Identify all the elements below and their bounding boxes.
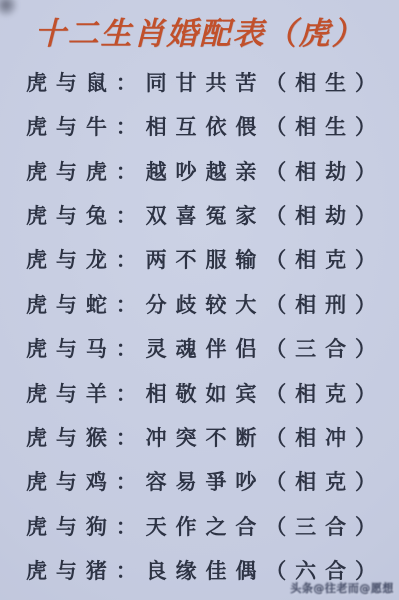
char: 分 <box>146 293 167 317</box>
char: ： <box>116 115 137 139</box>
char: （ <box>265 293 286 317</box>
compat-row: 虎与兔：双喜冤家（相劫） <box>26 204 376 228</box>
char: 爭 <box>205 470 226 494</box>
char: （ <box>265 515 286 539</box>
char: ： <box>116 293 137 317</box>
char: 克 <box>325 382 346 406</box>
char: 三 <box>295 515 316 539</box>
char: 龙 <box>86 248 107 272</box>
char: 如 <box>205 382 226 406</box>
char: 猪 <box>86 559 107 583</box>
compat-row: 虎与虎：越吵越亲（相劫） <box>26 160 376 184</box>
char: 合 <box>235 515 256 539</box>
compat-row: 虎与鸡：容易爭吵（相克） <box>26 470 376 494</box>
char: ： <box>116 248 137 272</box>
char: 虎 <box>26 160 47 184</box>
char: 劫 <box>325 160 346 184</box>
char: 生 <box>325 71 346 95</box>
char: ） <box>355 71 376 95</box>
char: 输 <box>235 248 256 272</box>
char: 互 <box>176 115 197 139</box>
char: 相 <box>146 115 167 139</box>
char: （ <box>265 204 286 228</box>
char: ） <box>355 426 376 450</box>
char: 克 <box>325 248 346 272</box>
char: ） <box>355 337 376 361</box>
char: 三 <box>295 337 316 361</box>
char: 冤 <box>205 204 226 228</box>
char: 与 <box>56 470 77 494</box>
char: ） <box>355 160 376 184</box>
char: ： <box>116 426 137 450</box>
char: 牛 <box>86 115 107 139</box>
watermark: 头条@往老而@愿想 <box>291 580 395 596</box>
char: （ <box>265 382 286 406</box>
char: 与 <box>56 559 77 583</box>
page-title: 十二生肖婚配表（虎） <box>0 14 399 54</box>
char: 羊 <box>86 382 107 406</box>
char: 冲 <box>146 426 167 450</box>
char: 家 <box>235 204 256 228</box>
char: （ <box>265 559 286 583</box>
char: 与 <box>56 515 77 539</box>
char: 虎 <box>26 515 47 539</box>
char: 与 <box>56 115 77 139</box>
char: 劫 <box>325 204 346 228</box>
char: 鸡 <box>86 470 107 494</box>
char: 大 <box>235 293 256 317</box>
char: 虎 <box>26 337 47 361</box>
char: 亲 <box>235 160 256 184</box>
char: ） <box>355 204 376 228</box>
char: 越 <box>146 160 167 184</box>
char: 与 <box>56 160 77 184</box>
char: ： <box>116 559 137 583</box>
compat-table: 虎与鼠：同甘共苦（相生）虎与牛：相互依偎（相生）虎与虎：越吵越亲（相劫）虎与兔：… <box>26 71 376 583</box>
char: ） <box>355 293 376 317</box>
char: ： <box>116 204 137 228</box>
char: 虎 <box>26 115 47 139</box>
char: ： <box>116 382 137 406</box>
char: 相 <box>295 293 316 317</box>
char: 共 <box>205 71 226 95</box>
compat-row: 虎与龙：两不服输（相克） <box>26 248 376 272</box>
char: （ <box>265 71 286 95</box>
char: 敬 <box>176 382 197 406</box>
char: 虎 <box>26 426 47 450</box>
char: 与 <box>56 382 77 406</box>
char: 相 <box>295 426 316 450</box>
compat-row: 虎与猴：冲突不断（相冲） <box>26 426 376 450</box>
char: 甘 <box>176 71 197 95</box>
char: 虎 <box>26 382 47 406</box>
char: 侣 <box>235 337 256 361</box>
char: 虎 <box>26 204 47 228</box>
char: ： <box>116 470 137 494</box>
char: 合 <box>325 337 346 361</box>
char: 突 <box>176 426 197 450</box>
compat-row: 虎与鼠：同甘共苦（相生） <box>26 71 376 95</box>
char: ） <box>355 248 376 272</box>
char: 与 <box>56 426 77 450</box>
char: 相 <box>295 204 316 228</box>
char: 鼠 <box>86 71 107 95</box>
char: 苦 <box>235 71 256 95</box>
compat-row: 虎与牛：相互依偎（相生） <box>26 115 376 139</box>
char: 越 <box>205 160 226 184</box>
char: （ <box>265 337 286 361</box>
char: ： <box>116 337 137 361</box>
char: 伴 <box>205 337 226 361</box>
char: 与 <box>56 204 77 228</box>
compat-row: 虎与蛇：分歧较大（相刑） <box>26 293 376 317</box>
char: 虎 <box>26 71 47 95</box>
char: 吵 <box>235 470 256 494</box>
char: ） <box>355 382 376 406</box>
char: 虎 <box>86 160 107 184</box>
char: 相 <box>146 382 167 406</box>
char: 与 <box>56 71 77 95</box>
char: 作 <box>176 515 197 539</box>
char: 易 <box>176 470 197 494</box>
compat-row: 虎与狗：天作之合（三合） <box>26 515 376 539</box>
compat-row: 虎与马：灵魂伴侣（三合） <box>26 337 376 361</box>
char: 相 <box>295 160 316 184</box>
char: ： <box>116 71 137 95</box>
char: 佳 <box>205 559 226 583</box>
char: 相 <box>295 470 316 494</box>
char: 灵 <box>146 337 167 361</box>
char: 歧 <box>176 293 197 317</box>
char: 蛇 <box>86 293 107 317</box>
char: 刑 <box>325 293 346 317</box>
compat-row: 虎与羊：相敬如宾（相克） <box>26 382 376 406</box>
char: （ <box>265 115 286 139</box>
char: 断 <box>235 426 256 450</box>
char: 生 <box>325 115 346 139</box>
char: 吵 <box>176 160 197 184</box>
char: 偎 <box>235 115 256 139</box>
char: 相 <box>295 248 316 272</box>
char: 天 <box>146 515 167 539</box>
char: 马 <box>86 337 107 361</box>
char: 不 <box>205 426 226 450</box>
char: （ <box>265 426 286 450</box>
char: 不 <box>176 248 197 272</box>
char: 与 <box>56 248 77 272</box>
char: 之 <box>205 515 226 539</box>
char: 较 <box>205 293 226 317</box>
char: 容 <box>146 470 167 494</box>
char: 相 <box>295 115 316 139</box>
char: 同 <box>146 71 167 95</box>
char: （ <box>265 160 286 184</box>
char: 合 <box>325 515 346 539</box>
char: 克 <box>325 470 346 494</box>
char: 猴 <box>86 426 107 450</box>
char: ） <box>355 515 376 539</box>
char: 与 <box>56 337 77 361</box>
char: 双 <box>146 204 167 228</box>
char: ） <box>355 115 376 139</box>
char: 缘 <box>176 559 197 583</box>
char: 魂 <box>176 337 197 361</box>
zodiac-match-card: 十二生肖婚配表（虎） 虎与鼠：同甘共苦（相生）虎与牛：相互依偎（相生）虎与虎：越… <box>0 0 399 600</box>
char: 虎 <box>26 470 47 494</box>
char: 良 <box>146 559 167 583</box>
char: 相 <box>295 71 316 95</box>
char: 虎 <box>26 293 47 317</box>
char: （ <box>265 248 286 272</box>
char: 虎 <box>26 248 47 272</box>
char: 喜 <box>176 204 197 228</box>
char: ： <box>116 515 137 539</box>
char: ： <box>116 160 137 184</box>
char: 与 <box>56 293 77 317</box>
char: 服 <box>205 248 226 272</box>
char: 相 <box>295 382 316 406</box>
char: 狗 <box>86 515 107 539</box>
char: ） <box>355 470 376 494</box>
char: 依 <box>205 115 226 139</box>
char: 冲 <box>325 426 346 450</box>
char: 虎 <box>26 559 47 583</box>
char: 两 <box>146 248 167 272</box>
char: 宾 <box>235 382 256 406</box>
char: （ <box>265 470 286 494</box>
char: 兔 <box>86 204 107 228</box>
char: 偶 <box>235 559 256 583</box>
